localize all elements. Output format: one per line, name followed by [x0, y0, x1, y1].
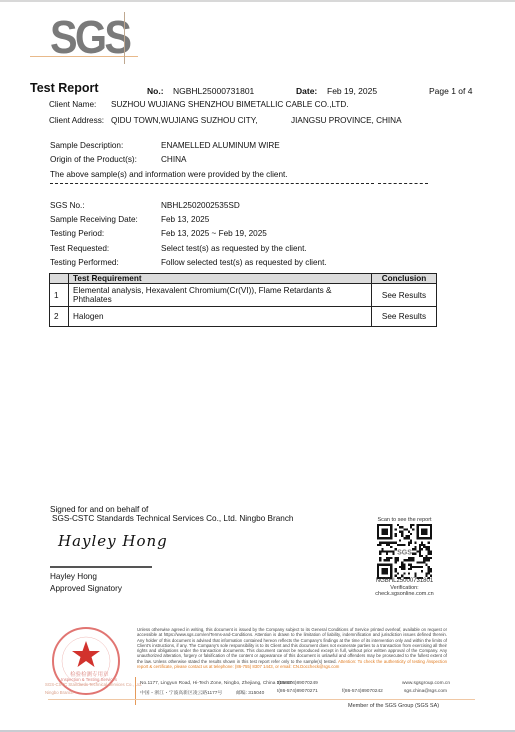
qr-verification-url[interactable]: check.sgsonline.com.cn — [368, 591, 441, 597]
handwritten-signature: Hayley Hong — [58, 532, 168, 550]
detail-label: Test Requested: — [50, 244, 109, 253]
fax-cn: f(86-574)89070242 — [342, 689, 383, 694]
signatory-role: Approved Signatory — [50, 584, 122, 593]
header-conclusion: Conclusion — [372, 274, 437, 284]
logo-vertical-rule — [124, 12, 125, 64]
stamp-company-line1: SGS-CSTC Standards Technical Services Co… — [45, 682, 142, 687]
test-requirements-table: Test Requirement Conclusion 1 Elemental … — [49, 273, 437, 327]
client-address-value-1: QIDU TOWN,WUJIANG SUZHOU CITY, — [111, 116, 257, 125]
row-conclusion: See Results — [372, 307, 437, 327]
sgs-logo-text: SGS — [50, 14, 129, 60]
detail-value: Feb 13, 2025 ~ Feb 19, 2025 — [161, 229, 267, 238]
signature-line — [50, 566, 152, 568]
legal-disclaimer: Unless otherwise agreed in writing, this… — [137, 627, 447, 669]
report-date-label: Date: — [296, 86, 317, 96]
client-name-value: SUZHOU WUJIANG SHENZHOU BIMETALLIC CABLE… — [111, 100, 349, 109]
row-num: 2 — [50, 307, 69, 327]
footer-rule — [48, 699, 475, 700]
row-requirement: Elemental analysis, Hexavalent Chromium(… — [69, 284, 372, 307]
detail-label: SGS No.: — [50, 201, 85, 210]
detail-label: Sample Receiving Date: — [50, 215, 138, 224]
address-en: No.1177, Lingyun Road, Hi-Tech Zone, Nin… — [140, 681, 293, 686]
member-of-sgs-group: Member of the SGS Group (SGS SA) — [348, 703, 439, 709]
page-top-edge — [0, 0, 515, 2]
detail-label: Testing Period: — [50, 229, 104, 238]
table-row: 1 Elemental analysis, Hexavalent Chromiu… — [50, 284, 437, 307]
signing-company: SGS-CSTC Standards Technical Services Co… — [52, 514, 294, 523]
logo-horizontal-rule — [30, 56, 138, 57]
client-address-value-2: JIANGSU PROVINCE, CHINA — [291, 116, 402, 125]
table-header-row: Test Requirement Conclusion — [50, 274, 437, 284]
sgs-logo: SGS — [30, 12, 140, 67]
stamp-company-line2: Ningbo Branch — [45, 690, 73, 695]
address-divider — [135, 677, 136, 705]
header-num — [50, 274, 69, 284]
telephone-cn: t(86-574)89070271 — [277, 689, 318, 694]
detail-value: Feb 13, 2025 — [161, 215, 209, 224]
qr-caption-top: Scan to see the report — [372, 517, 437, 523]
report-no-label: No.: — [147, 86, 164, 96]
row-num: 1 — [50, 284, 69, 307]
report-no-value: NGBHL25000731801 — [173, 86, 254, 96]
signatory-name: Hayley Hong — [50, 572, 97, 581]
report-date-value: Feb 19, 2025 — [327, 86, 377, 96]
page-number: Page 1 of 4 — [429, 86, 472, 96]
website[interactable]: www.sgsgroup.com.cn — [402, 681, 450, 686]
dashed-separator — [50, 183, 374, 184]
client-address-label: Client Address: — [49, 116, 104, 125]
row-requirement: Halogen — [69, 307, 372, 327]
origin-value: CHINA — [161, 155, 186, 164]
detail-value: NBHL2502002535SD — [161, 201, 240, 210]
svg-text:SGS: SGS — [397, 549, 412, 556]
postcode-cn: 邮编: 315040 — [236, 689, 264, 696]
dashed-separator-end — [378, 183, 428, 184]
sample-description-value: ENAMELLED ALUMINUM WIRE — [161, 141, 280, 150]
report-title: Test Report — [30, 81, 99, 95]
table-row: 2 Halogen See Results — [50, 307, 437, 327]
qr-report-no: NGBHL25000731801 — [372, 578, 437, 584]
origin-label: Origin of the Product(s): — [50, 155, 137, 164]
signed-on-behalf-label: Signed for and on behalf of — [50, 505, 148, 514]
email[interactable]: sgs.china@sgs.com — [404, 689, 447, 694]
detail-value: Select test(s) as requested by the clien… — [161, 244, 307, 253]
detail-value: Follow selected test(s) as requested by … — [161, 258, 327, 267]
client-name-label: Client Name: — [49, 100, 96, 109]
provided-note: The above sample(s) and information were… — [50, 170, 288, 179]
header-test-requirement: Test Requirement — [69, 274, 372, 284]
detail-label: Testing Performed: — [50, 258, 119, 267]
row-conclusion: See Results — [372, 284, 437, 307]
qr-code[interactable]: SGS — [377, 524, 432, 579]
address-cn: 中国・浙江・宁波高新区凌云路1177号 — [140, 689, 222, 696]
sample-description-label: Sample Description: — [50, 141, 123, 150]
telephone-en: t(86-574)89070249 — [277, 681, 318, 686]
